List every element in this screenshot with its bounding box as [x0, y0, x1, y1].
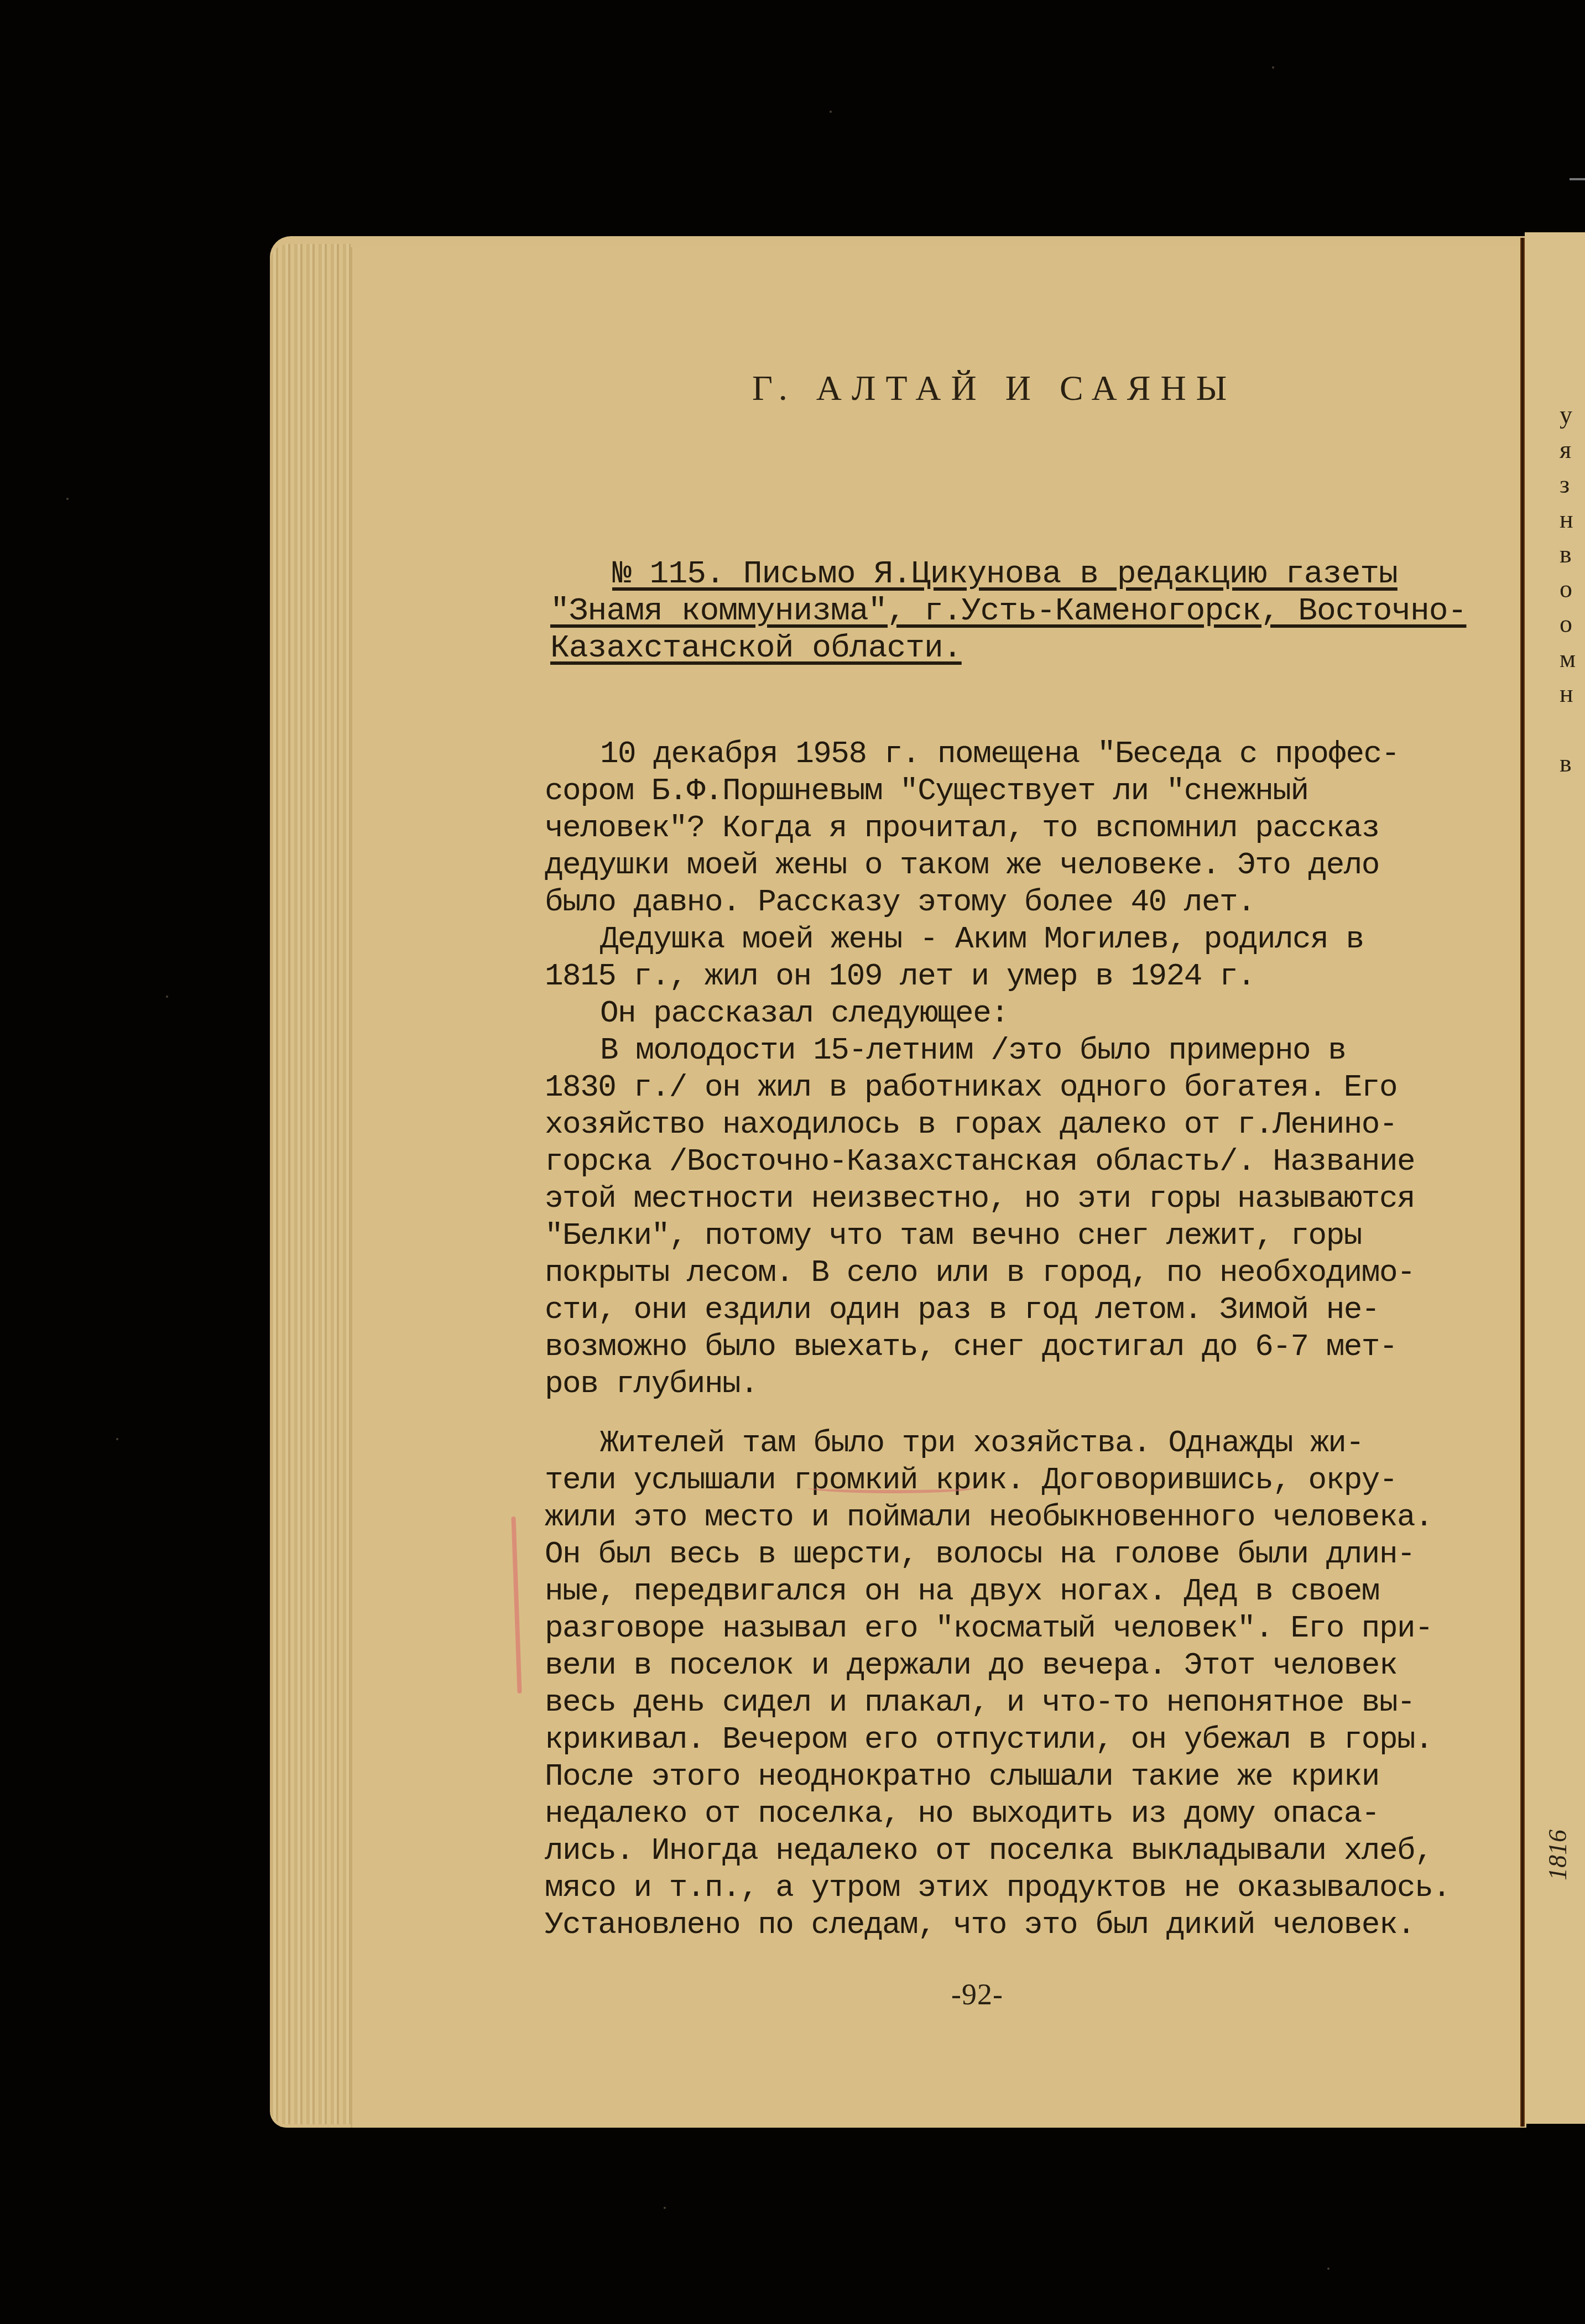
book-gutter [1520, 238, 1525, 2127]
text-line: покрыты лесом. В село или в город, по не… [545, 1254, 1507, 1291]
facing-letter: в [1560, 746, 1585, 780]
letter-body: 10 декабря 1958 г. помещена "Беседа с пр… [545, 736, 1507, 1943]
text-line: Он рассказал следующее: [545, 995, 1507, 1032]
text-line: 1815 г., жил он 109 лет и умер в 1924 г. [545, 958, 1507, 995]
document-heading: № 115. Письмо Я.Цикунова в редакцию газе… [550, 556, 1513, 667]
text-line: После этого неоднократно слышали такие ж… [545, 1758, 1507, 1795]
text-line: этой местности неизвестно, но эти горы н… [545, 1180, 1507, 1217]
text-line: лись. Иногда недалеко от поселка выклады… [545, 1832, 1507, 1869]
text-line: крикивал. Вечером его отпустили, он убеж… [545, 1721, 1507, 1758]
text-line: 10 декабря 1958 г. помещена "Беседа с пр… [545, 736, 1507, 773]
text-line: сором Б.Ф.Поршневым "Существует ли "снеж… [545, 773, 1507, 810]
facing-letter-gap [1560, 711, 1585, 746]
text-line: человек"? Когда я прочитал, то вспомнил … [545, 810, 1507, 847]
scan-edge-mark [1570, 178, 1585, 180]
facing-page-text: у я з н в о о м н в [1560, 397, 1585, 780]
text-line: мясо и т.п., а утром этих продуктов не о… [545, 1869, 1507, 1906]
text-line: Он был весь в шерсти, волосы на голове б… [545, 1536, 1507, 1573]
text-line: дедушки моей жены о таком же человеке. Э… [545, 847, 1507, 884]
text-line: ные, передвигался он на двух ногах. Дед … [545, 1573, 1507, 1610]
facing-letter: о [1560, 571, 1585, 606]
text-line: тели услышали громкий крик. Договорившис… [545, 1462, 1507, 1499]
section-title: Г. АЛТАЙ И САЯНЫ [752, 368, 1237, 409]
text-line: вели в поселок и держали до вечера. Этот… [545, 1647, 1507, 1684]
facing-letter: в [1560, 536, 1585, 571]
archive-stamp-number: 1816 [1543, 1830, 1572, 1880]
text-line: В молодости 15-летним /это было примерно… [545, 1032, 1507, 1069]
text-line: весь день сидел и плакал, и что-то непон… [545, 1684, 1507, 1721]
text-line: Установлено по следам, что это был дикий… [545, 1906, 1507, 1943]
text-line: было давно. Рассказу этому более 40 лет. [545, 884, 1507, 921]
facing-letter: я [1560, 432, 1585, 467]
page-edges [270, 244, 351, 2124]
facing-letter: о [1560, 606, 1585, 641]
text-line: ров глубины. [545, 1366, 1507, 1403]
text-line: "Белки", потому что там вечно снег лежит… [545, 1217, 1507, 1254]
text-line: Жителей там было три хозяйства. Однажды … [545, 1425, 1507, 1462]
text-line: сти, они ездили один раз в год летом. Зи… [545, 1291, 1507, 1328]
facing-letter: з [1560, 467, 1585, 502]
heading-line: Казахстанской области. [550, 630, 962, 666]
facing-letter: н [1560, 502, 1585, 536]
facing-letter: н [1560, 676, 1585, 711]
facing-letter: у [1560, 397, 1585, 432]
text-line: Дедушка моей жены - Аким Могилев, родилс… [545, 921, 1507, 958]
text-line: 1830 г./ он жил в работниках одного бога… [545, 1069, 1507, 1106]
facing-letter: м [1560, 641, 1585, 676]
heading-line: № 115. Письмо Я.Цикунова в редакцию газе… [612, 556, 1398, 592]
text-line: недалеко от поселка, но выходить из дому… [545, 1795, 1507, 1832]
heading-line: "Знамя коммунизма", г.Усть-Каменогорск, … [550, 593, 1466, 629]
text-line: хозяйство находилось в горах далеко от г… [545, 1106, 1507, 1143]
text-line: разговоре называл его "косматый человек"… [545, 1610, 1507, 1647]
red-pencil-underline [807, 1482, 976, 1493]
page-number: -92- [951, 1977, 1003, 2012]
text-line: жили это место и поймали необыкновенного… [545, 1499, 1507, 1536]
text-line: горска /Восточно-Казахстанская область/.… [545, 1143, 1507, 1180]
text-line: возможно было выехать, снег достигал до … [545, 1328, 1507, 1366]
